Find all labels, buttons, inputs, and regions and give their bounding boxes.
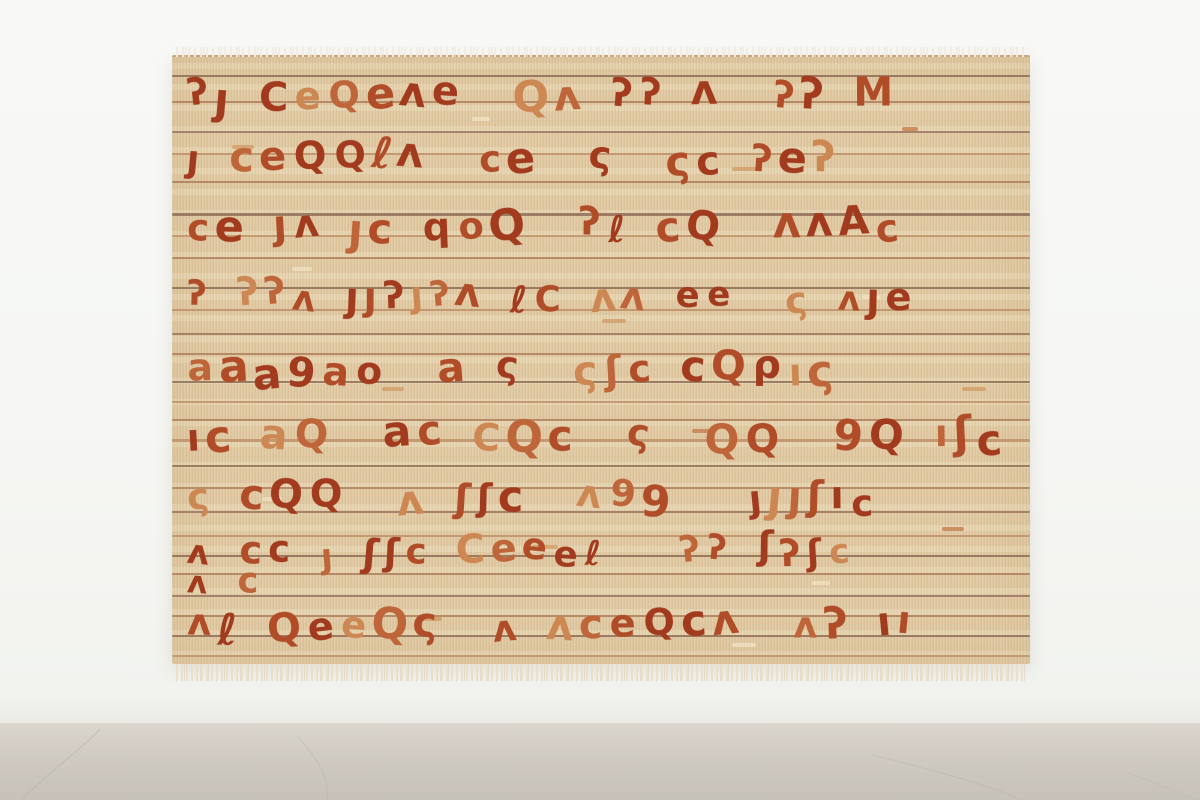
glyph: ʔ (578, 200, 606, 245)
glyph: e (520, 524, 555, 570)
tapestry-artwork: ʔȷ CeQeʌe Qʌ ʔʔ ʌ ʔʔ Mȷ ceQQℓʌ ce ς ςc ʔ… (172, 55, 1030, 664)
glyph: ı (934, 411, 953, 455)
glyph: ʌ (545, 601, 581, 651)
glyph: ʌ (772, 198, 807, 248)
glyph: c (478, 138, 507, 181)
glyph: c (873, 206, 906, 253)
glyph: o (457, 204, 491, 248)
glyph: ʌ (397, 68, 435, 119)
glyph: Q (292, 133, 333, 179)
glyph: ʌ (793, 604, 823, 647)
glyph: Q (328, 73, 367, 117)
glyph: e (305, 603, 342, 650)
glyph: ʌ (395, 128, 432, 178)
glyph: e (707, 274, 736, 314)
glyph: Q (511, 72, 556, 123)
glyph: ʃ (453, 476, 477, 521)
glyph: Q (643, 601, 682, 645)
glyph: ς (494, 342, 525, 388)
glyph: ʌ (709, 594, 747, 645)
glyph: Q (486, 198, 534, 252)
glyph: ʔ (706, 527, 734, 568)
glyph: M (853, 69, 899, 115)
glyph-row: aaa9ao a ς ςʃc cQρıς (172, 344, 1030, 395)
glyph: Q (745, 415, 786, 462)
gallery-photo: ʔȷ CeQeʌe Qʌ ʔʔ ʌ ʔʔ Mȷ ceQQℓʌ ce ς ςc ʔ… (0, 0, 1200, 800)
glyph: ȷ (185, 138, 207, 182)
weave-stripe (172, 257, 1030, 259)
glyph: ʔ (749, 137, 779, 181)
glyph: ȷ (409, 273, 430, 315)
glyph: c (203, 409, 240, 463)
glyph: ς (588, 133, 619, 179)
glyph: c (186, 207, 215, 251)
weave-fleck (292, 267, 312, 271)
glyph: o (356, 348, 389, 393)
glyph: ʔ (608, 71, 639, 117)
glyph: ʔ (798, 69, 832, 121)
glyph: c (237, 471, 271, 521)
glyph-row: ıc aQ ac CQc ς QQ 9Q ıʃc (172, 410, 1030, 461)
glyph: ʃ (603, 346, 628, 393)
glyph: ρ (753, 341, 787, 387)
glyph: ʌ (290, 277, 323, 321)
glyph: c (974, 414, 1010, 466)
glyph: Q (294, 410, 335, 458)
glyph-row: ce ȷʌ ȷc qoQ ʔℓ cQ ʌʌAc (172, 202, 1030, 251)
glyph: e (259, 134, 293, 180)
glyph: ʃ (807, 473, 831, 520)
glyph: ʌ (575, 471, 611, 518)
glyph: ς (573, 347, 604, 396)
glyph: c (626, 346, 658, 393)
glyph: ʌ (804, 198, 839, 247)
glyph: 9 (608, 472, 642, 517)
glyph: C (258, 74, 294, 120)
glyph: q (422, 205, 457, 250)
glyph: ʌ (395, 475, 433, 526)
glyph: Q (265, 604, 308, 653)
glyph: e (214, 202, 250, 252)
glyph: ʃ (757, 523, 780, 568)
concrete-floor (0, 723, 1200, 800)
glyph: ȷ (272, 202, 294, 249)
glyph: c (238, 560, 265, 602)
glyph: ı (830, 473, 849, 517)
warp-fringe-top (176, 47, 1026, 57)
glyph: Q (332, 133, 372, 178)
glyph: a (436, 342, 473, 392)
glyph: c (579, 602, 610, 649)
glyph: ʔ (263, 268, 294, 313)
glyph-row: ʔ ʔʔʌ ȷȷʔȷʔʌ ℓC ʌʌ ee ς ʌȷe (172, 273, 1030, 320)
glyph: Q (505, 410, 550, 463)
glyph: ς (664, 138, 697, 187)
glyph: ʌ (618, 273, 654, 321)
glyph: e (885, 275, 918, 320)
glyph: e (776, 133, 814, 184)
glyph: c (547, 411, 579, 461)
glyph: C (471, 415, 507, 461)
glyph: ς (412, 599, 443, 647)
glyph: ȷ (364, 274, 384, 319)
glyph: ʌ (187, 601, 218, 644)
glyph: Q (684, 202, 728, 252)
glyph: ʌ (551, 71, 588, 121)
glyph: ʌ (291, 201, 326, 248)
glyph: c (694, 137, 727, 185)
glyph: ʔ (236, 269, 266, 315)
glyph: a (259, 410, 296, 460)
glyph: 9 (640, 477, 679, 528)
weave-stripe (172, 401, 1030, 403)
glyph: ʔ (187, 273, 213, 313)
glyph: ʔ (811, 134, 841, 182)
glyph: a (187, 345, 219, 390)
glyph: c (367, 205, 399, 254)
glyph: Q (371, 599, 416, 651)
glyph: ℓ (510, 278, 534, 322)
glyph: ς (186, 475, 217, 519)
glyph: Q (310, 472, 349, 516)
glyph: ʔ (822, 599, 854, 649)
glyph: A (836, 197, 876, 246)
glyph: e (294, 74, 327, 119)
glyph-row: ʔȷ CeQeʌe Qʌ ʔʔ ʌ ʔʔ M (172, 69, 1030, 119)
warp-fringe-bottom (176, 664, 1026, 681)
glyph: Q (867, 410, 910, 460)
glyph: Q (269, 471, 311, 519)
glyph: a (381, 405, 419, 457)
glyph: ȷ (212, 74, 237, 125)
glyph: ʌ (837, 278, 867, 319)
weave-stripe (172, 465, 1030, 467)
glyph: ʔ (639, 71, 668, 115)
glyph: c (850, 482, 879, 526)
glyph: Q (704, 415, 745, 463)
glyph: e (340, 603, 374, 648)
glyph: ς (783, 278, 815, 324)
glyph: ı (788, 350, 808, 395)
weave-fleck (902, 127, 918, 131)
glyph: ı (895, 598, 918, 644)
glyph: a (321, 348, 356, 396)
glyph: e (431, 68, 467, 116)
weave-stripe (172, 333, 1030, 335)
weave-stripe (172, 131, 1030, 133)
glyph: Q (711, 341, 753, 390)
glyph: ς (805, 344, 841, 398)
floor-seam-lines (0, 723, 1200, 800)
glyph: ʔ (382, 274, 410, 318)
glyph-row: ȷ ceQQℓʌ ce ς ςc ʔeʔ (172, 134, 1030, 183)
glyph: c (679, 341, 714, 393)
glyph: ʌ (490, 606, 523, 651)
glyph: ℓ (608, 209, 632, 252)
glyph: 9 (285, 347, 324, 398)
glyph: ʃ (477, 477, 499, 520)
weave-stripe (172, 655, 1030, 657)
glyph: C (534, 278, 566, 320)
glyph: ʌ (690, 66, 724, 115)
glyph: e (609, 602, 641, 646)
glyph: e (675, 274, 706, 316)
glyph: ℓ (217, 606, 244, 656)
glyph-row: ʌℓ QeeQς ʌ ʌceQcʌ ʌʔ ıı (172, 598, 1030, 650)
glyph: ʔ (185, 70, 216, 115)
glyph: 9 (831, 409, 871, 462)
glyph: a (217, 339, 256, 393)
glyph-row: ς cQQ ʌ ʃʃc ʌ99 ȷȷȷʃıc (172, 472, 1030, 524)
glyph: c (414, 405, 449, 456)
glyph: ʌ (453, 268, 490, 317)
glyph: ʌ (186, 564, 214, 603)
glyph: c (497, 472, 530, 522)
glyph: ς (625, 410, 657, 457)
glyph: e (504, 133, 543, 185)
glyph: c (229, 134, 261, 182)
